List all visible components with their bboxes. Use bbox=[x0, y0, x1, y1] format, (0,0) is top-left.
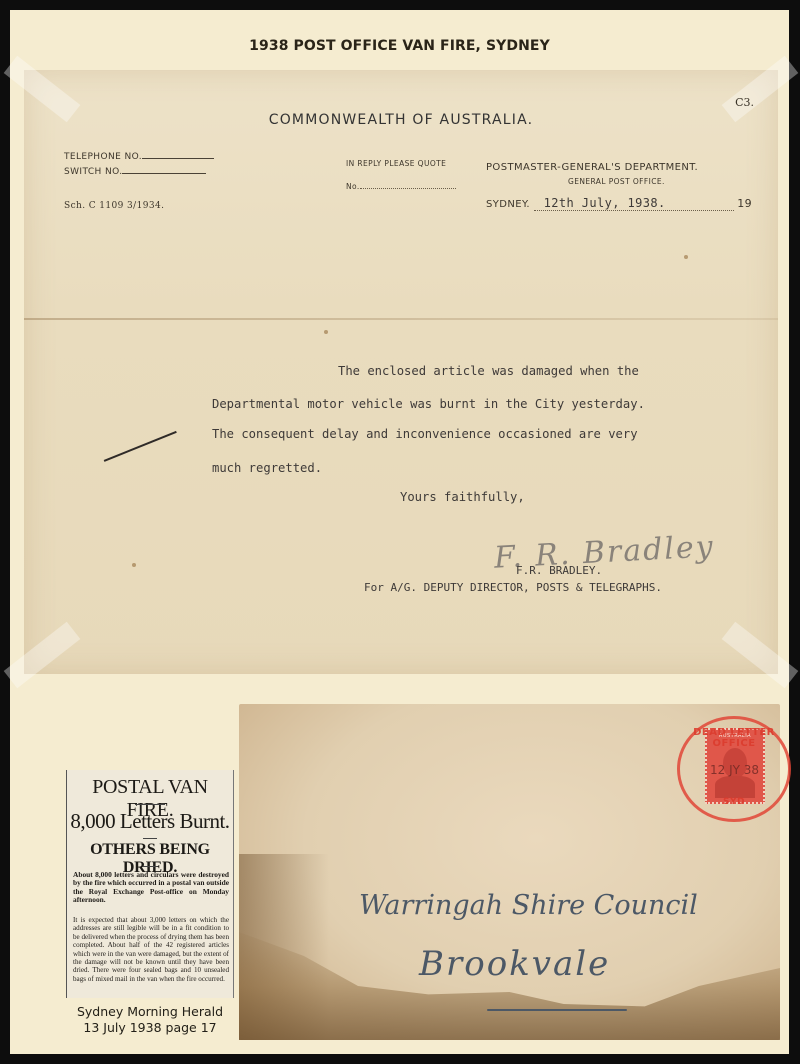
divider bbox=[143, 838, 157, 839]
letter-body-line: much regretted. bbox=[212, 461, 322, 475]
letterhead-title: COMMONWEALTH OF AUSTRALIA. bbox=[24, 112, 778, 128]
signatory-title: For A/G. DEPUTY DIRECTOR, POSTS & TELEGR… bbox=[364, 581, 662, 594]
address-underline bbox=[487, 1009, 627, 1011]
reply-number-label: No. bbox=[346, 182, 360, 191]
address-line: Brookvale bbox=[419, 944, 610, 984]
date-line: SYDNEY. 12th July, 1938. 19 bbox=[486, 196, 752, 211]
clipping-paragraph: About 8,000 letters and circulars were d… bbox=[73, 871, 229, 905]
place-label: SYDNEY. bbox=[486, 199, 530, 210]
postmaster-letter: C3. COMMONWEALTH OF AUSTRALIA. TELEPHONE… bbox=[24, 70, 778, 674]
reply-quote-label: IN REPLY PLEASE QUOTE bbox=[346, 159, 446, 168]
switch-blank bbox=[122, 173, 206, 174]
clipping-source: Sydney Morning Herald bbox=[60, 1004, 240, 1020]
reply-number-field: No. bbox=[346, 182, 456, 191]
switch-label: SWITCH NO. bbox=[64, 167, 122, 177]
letter-body-line: The consequent delay and inconvenience o… bbox=[212, 427, 638, 441]
switch-field: SWITCH NO. bbox=[64, 167, 206, 177]
postmark-text: DEAD LETTER OFFICE bbox=[680, 727, 788, 749]
pen-mark bbox=[104, 431, 177, 462]
address-line: Warringah Shire Council bbox=[359, 890, 698, 921]
clipping-subhead: 8,000 Letters Burnt. bbox=[67, 809, 233, 834]
album-page: 1938 POST OFFICE VAN FIRE, SYDNEY C3. CO… bbox=[10, 10, 789, 1054]
signatory-name: F.R. BRADLEY. bbox=[516, 564, 602, 577]
reply-number-blank bbox=[360, 188, 456, 189]
letter-body-line: The enclosed article was damaged when th… bbox=[338, 364, 639, 378]
department-name: POSTMASTER-GENERAL'S DEPARTMENT. bbox=[486, 162, 698, 173]
newspaper-clipping: POSTAL VAN FIRE. 8,000 Letters Burnt. OT… bbox=[66, 770, 234, 998]
postmark-date: 12 JY 38 bbox=[710, 763, 759, 777]
schedule-reference: Sch. C 1109 3/1934. bbox=[64, 201, 164, 211]
photo-corner-mount bbox=[4, 622, 81, 689]
form-code: C3. bbox=[735, 96, 754, 109]
foxing-spot bbox=[132, 563, 136, 567]
page-title: 1938 POST OFFICE VAN FIRE, SYDNEY bbox=[10, 38, 789, 54]
letter-closing: Yours faithfully, bbox=[400, 490, 525, 504]
damaged-envelope: AUSTRALIA DEAD LETTER OFFICE 12 JY 38 SY… bbox=[239, 704, 780, 1040]
foxing-spot bbox=[324, 330, 328, 334]
foxing-spot bbox=[684, 255, 688, 259]
clipping-date: 13 July 1938 page 17 bbox=[60, 1020, 240, 1036]
office-name: GENERAL POST OFFICE. bbox=[568, 177, 665, 186]
fold-crease bbox=[24, 318, 778, 320]
year-suffix: 19 bbox=[737, 197, 752, 210]
letter-date: 12th July, 1938. bbox=[534, 196, 734, 211]
divider bbox=[135, 804, 165, 805]
telephone-blank bbox=[142, 158, 214, 159]
postmark: DEAD LETTER OFFICE 12 JY 38 SYD bbox=[677, 716, 791, 822]
postmark-place: SYD bbox=[680, 797, 788, 807]
telephone-label: TELEPHONE NO. bbox=[64, 152, 142, 162]
divider bbox=[143, 866, 157, 867]
letter-body-line: Departmental motor vehicle was burnt in … bbox=[212, 397, 645, 411]
clipping-paragraph: It is expected that about 3,000 letters … bbox=[73, 916, 229, 983]
photo-corner-mount bbox=[722, 622, 799, 689]
telephone-field: TELEPHONE NO. bbox=[64, 152, 214, 162]
